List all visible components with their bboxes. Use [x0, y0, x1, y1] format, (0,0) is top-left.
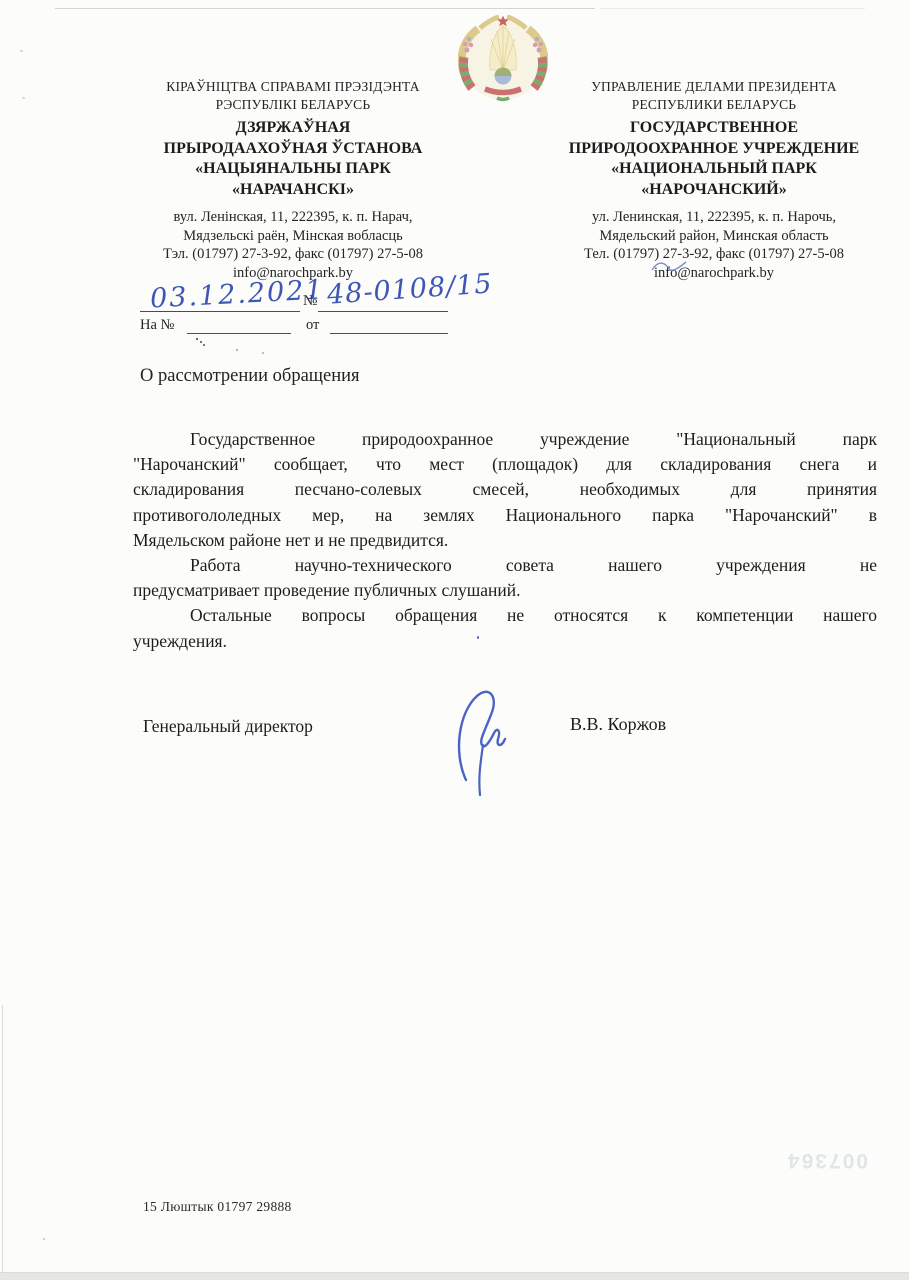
number-underline: [318, 311, 448, 312]
body-line: Государственное природоохранное учрежден…: [133, 427, 877, 452]
right-phone-line: Тел. (01797) 27-3-92, факс (01797) 27-5-…: [538, 245, 890, 264]
scanned-letter-page: 007364 КІРАЎНІЦТВА СПРАВАМІ ПРЭЗІДЭНТА Р…: [0, 0, 909, 1280]
left-authority-line2: РЭСПУБЛІКІ БЕЛАРУСЬ: [118, 96, 468, 114]
left-address-line1: вул. Ленінская, 11, 222395, к. п. Нарач,: [118, 208, 468, 227]
letterhead-left-column: КІРАЎНІЦТВА СПРАВАМІ ПРЭЗІДЭНТА РЭСПУБЛІ…: [118, 78, 468, 282]
left-org-line2: ПРЫРОДААХОЎНАЯ ЎСТАНОВА: [118, 139, 468, 160]
right-email: info@narochpark.by: [538, 264, 890, 283]
right-org-line1: ГОСУДАРСТВЕННОЕ: [538, 118, 890, 139]
signatory-title: Генеральный директор: [143, 716, 313, 737]
scan-artifact-top-line: [55, 8, 595, 9]
reply-from-label: от: [306, 317, 319, 334]
body-line: предусматривает проведение публичных слу…: [133, 578, 877, 603]
bleedthrough-number: 007364: [772, 1148, 882, 1172]
handwritten-signature: [452, 688, 514, 798]
body-line: Остальные вопросы обращения не относятся…: [133, 603, 877, 628]
pen-stroke-artifact: [650, 257, 690, 275]
letterhead-right-column: УПРАВЛЕНИЕ ДЕЛАМИ ПРЕЗИДЕНТА РЕСПУБЛИКИ …: [538, 78, 890, 282]
ink-speck: [262, 352, 264, 354]
reply-number-blank-line: [187, 333, 291, 334]
right-authority-line2: РЕСПУБЛИКИ БЕЛАРУСЬ: [538, 96, 890, 114]
reply-to-label: На №: [140, 317, 174, 334]
reply-date-blank-line: [330, 333, 448, 334]
left-address-line2: Мядзельскі раён, Мінская вобласць: [118, 227, 468, 246]
right-authority-line1: УПРАВЛЕНИЕ ДЕЛАМИ ПРЕЗИДЕНТА: [538, 78, 890, 96]
ink-speck: [196, 338, 198, 340]
scan-artifact-left-edge: [2, 1005, 3, 1273]
body-line: противогололедных мер, на землях Национа…: [133, 503, 877, 528]
left-org-line3: «НАЦЫЯНАЛЬНЫ ПАРК: [118, 159, 468, 180]
body-line: Работа научно-технического совета нашего…: [133, 553, 877, 578]
body-line: Мядельском районе нет и не предвидится.: [133, 528, 877, 553]
right-org-line2: ПРИРОДООХРАННОЕ УЧРЕЖДЕНИЕ: [538, 139, 890, 160]
right-address-line2: Мядельский район, Минская область: [538, 227, 890, 246]
scan-smudge: [22, 97, 25, 99]
body-line: учреждения.: [133, 629, 877, 654]
letter-subject: О рассмотрении обращения: [140, 366, 360, 387]
scan-artifact-bottom-edge: [0, 1272, 909, 1280]
right-org-line4: «НАРОЧАНСКИЙ»: [538, 180, 890, 201]
right-address: ул. Ленинская, 11, 222395, к. п. Нарочь,…: [538, 208, 890, 282]
body-line: складирования песчано-солевых смесей, не…: [133, 477, 877, 502]
right-org-name: ГОСУДАРСТВЕННОЕ ПРИРОДООХРАННОЕ УЧРЕЖДЕН…: [538, 118, 890, 200]
belarus-coat-of-arms-icon: [458, 11, 548, 103]
left-authority-line1: КІРАЎНІЦТВА СПРАВАМІ ПРЭЗІДЭНТА: [118, 78, 468, 96]
letter-body: Государственное природоохранное учрежден…: [133, 427, 877, 654]
right-org-line3: «НАЦИОНАЛЬНЫЙ ПАРК: [538, 159, 890, 180]
number-sign-label: №: [303, 293, 317, 310]
left-address: вул. Ленінская, 11, 222395, к. п. Нарач,…: [118, 208, 468, 282]
signatory-name: В.В. Коржов: [570, 714, 666, 735]
ink-speck: [236, 349, 238, 351]
scan-smudge: [20, 50, 23, 52]
left-org-name: ДЗЯРЖАЎНАЯ ПРЫРОДААХОЎНАЯ ЎСТАНОВА «НАЦЫ…: [118, 118, 468, 200]
left-org-line4: «НАРАЧАНСКІ»: [118, 180, 468, 201]
body-line: "Нарочанский" сообщает, что мест (площад…: [133, 452, 877, 477]
print-shop-code: 15 Люштык 01797 29888: [143, 1199, 292, 1215]
left-phone-line: Тэл. (01797) 27-3-92, факс (01797) 27-5-…: [118, 245, 468, 264]
scan-artifact-top-line-2: [600, 8, 865, 9]
right-address-line1: ул. Ленинская, 11, 222395, к. п. Нарочь,: [538, 208, 890, 227]
date-underline: [140, 311, 300, 312]
scan-smudge: [43, 1238, 45, 1240]
left-org-line1: ДЗЯРЖАЎНАЯ: [118, 118, 468, 139]
